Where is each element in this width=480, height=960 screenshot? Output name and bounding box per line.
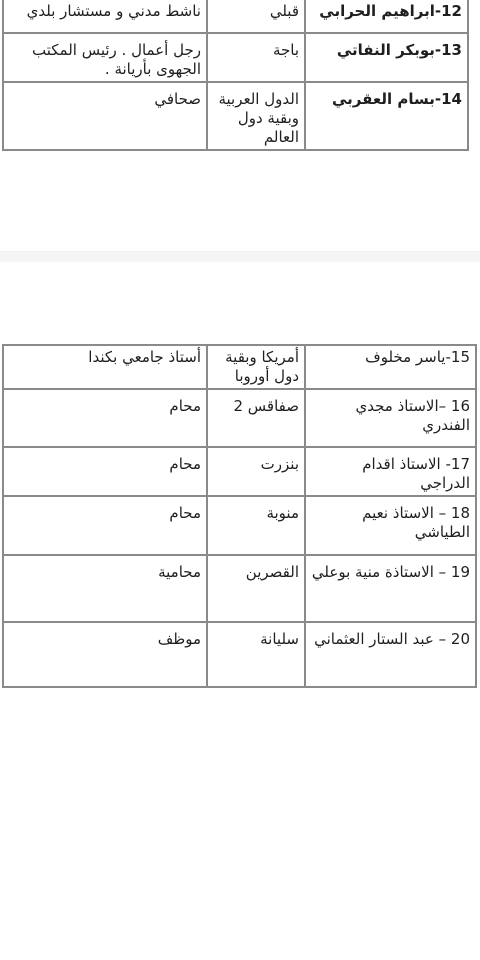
candidate-name-cell: 15-ياسر مخلوف <box>305 345 476 389</box>
table-row: 18 – الاستاذ نعيم الطياشيمنوبةمحام <box>3 496 476 555</box>
page-separator <box>0 251 480 262</box>
table-row: 13-بوبكر النفاتيباجةرجل أعمال . رئيس الم… <box>3 33 468 82</box>
region-cell: صفاقس 2 <box>207 389 305 447</box>
candidate-name-cell: 19 – الاستاذة منية بوعلي <box>305 555 476 622</box>
region-cell: الدول العربية وبقية دول العالم <box>207 82 305 150</box>
candidate-name-cell: 14-بسام العقربي <box>305 82 468 150</box>
candidate-name-cell: 12-ابراهيم الحرابي <box>305 0 468 33</box>
region-cell: منوبة <box>207 496 305 555</box>
table-row: 19 – الاستاذة منية بوعليالقصرينمحامية <box>3 555 476 622</box>
candidates-table-top: 12-ابراهيم الحرابيقبليناشط مدني و مستشار… <box>2 0 469 151</box>
table-row: 15-ياسر مخلوفأمريكا وبقية دول أوروباأستا… <box>3 345 476 389</box>
region-cell: القصرين <box>207 555 305 622</box>
table-row: 14-بسام العقربيالدول العربية وبقية دول ا… <box>3 82 468 150</box>
document-page: 12-ابراهيم الحرابيقبليناشط مدني و مستشار… <box>0 0 480 960</box>
occupation-cell: ناشط مدني و مستشار بلدي <box>3 0 207 33</box>
occupation-cell: محام <box>3 389 207 447</box>
table-row: 17- الاستاذ اقدام الدراجيبنزرتمحام <box>3 447 476 496</box>
table-row: 12-ابراهيم الحرابيقبليناشط مدني و مستشار… <box>3 0 468 33</box>
candidate-name-cell: 20 – عبد الستار العثماني <box>305 622 476 687</box>
table-row: 20 – عبد الستار العثمانيسليانةموظف <box>3 622 476 687</box>
occupation-cell: صحافي <box>3 82 207 150</box>
occupation-cell: محام <box>3 496 207 555</box>
candidates-table-bottom: 15-ياسر مخلوفأمريكا وبقية دول أوروباأستا… <box>2 344 477 688</box>
occupation-cell: محام <box>3 447 207 496</box>
region-cell: بنزرت <box>207 447 305 496</box>
table-row: 16 –الاستاذ مجدي الفندريصفاقس 2محام <box>3 389 476 447</box>
occupation-cell: محامية <box>3 555 207 622</box>
candidate-name-cell: 18 – الاستاذ نعيم الطياشي <box>305 496 476 555</box>
occupation-cell: موظف <box>3 622 207 687</box>
candidate-name-cell: 13-بوبكر النفاتي <box>305 33 468 82</box>
region-cell: قبلي <box>207 0 305 33</box>
occupation-cell: أستاذ جامعي بكندا <box>3 345 207 389</box>
region-cell: سليانة <box>207 622 305 687</box>
region-cell: باجة <box>207 33 305 82</box>
occupation-cell: رجل أعمال . رئيس المكتب الجهوى بأريانة . <box>3 33 207 82</box>
candidate-name-cell: 17- الاستاذ اقدام الدراجي <box>305 447 476 496</box>
region-cell: أمريكا وبقية دول أوروبا <box>207 345 305 389</box>
candidate-name-cell: 16 –الاستاذ مجدي الفندري <box>305 389 476 447</box>
